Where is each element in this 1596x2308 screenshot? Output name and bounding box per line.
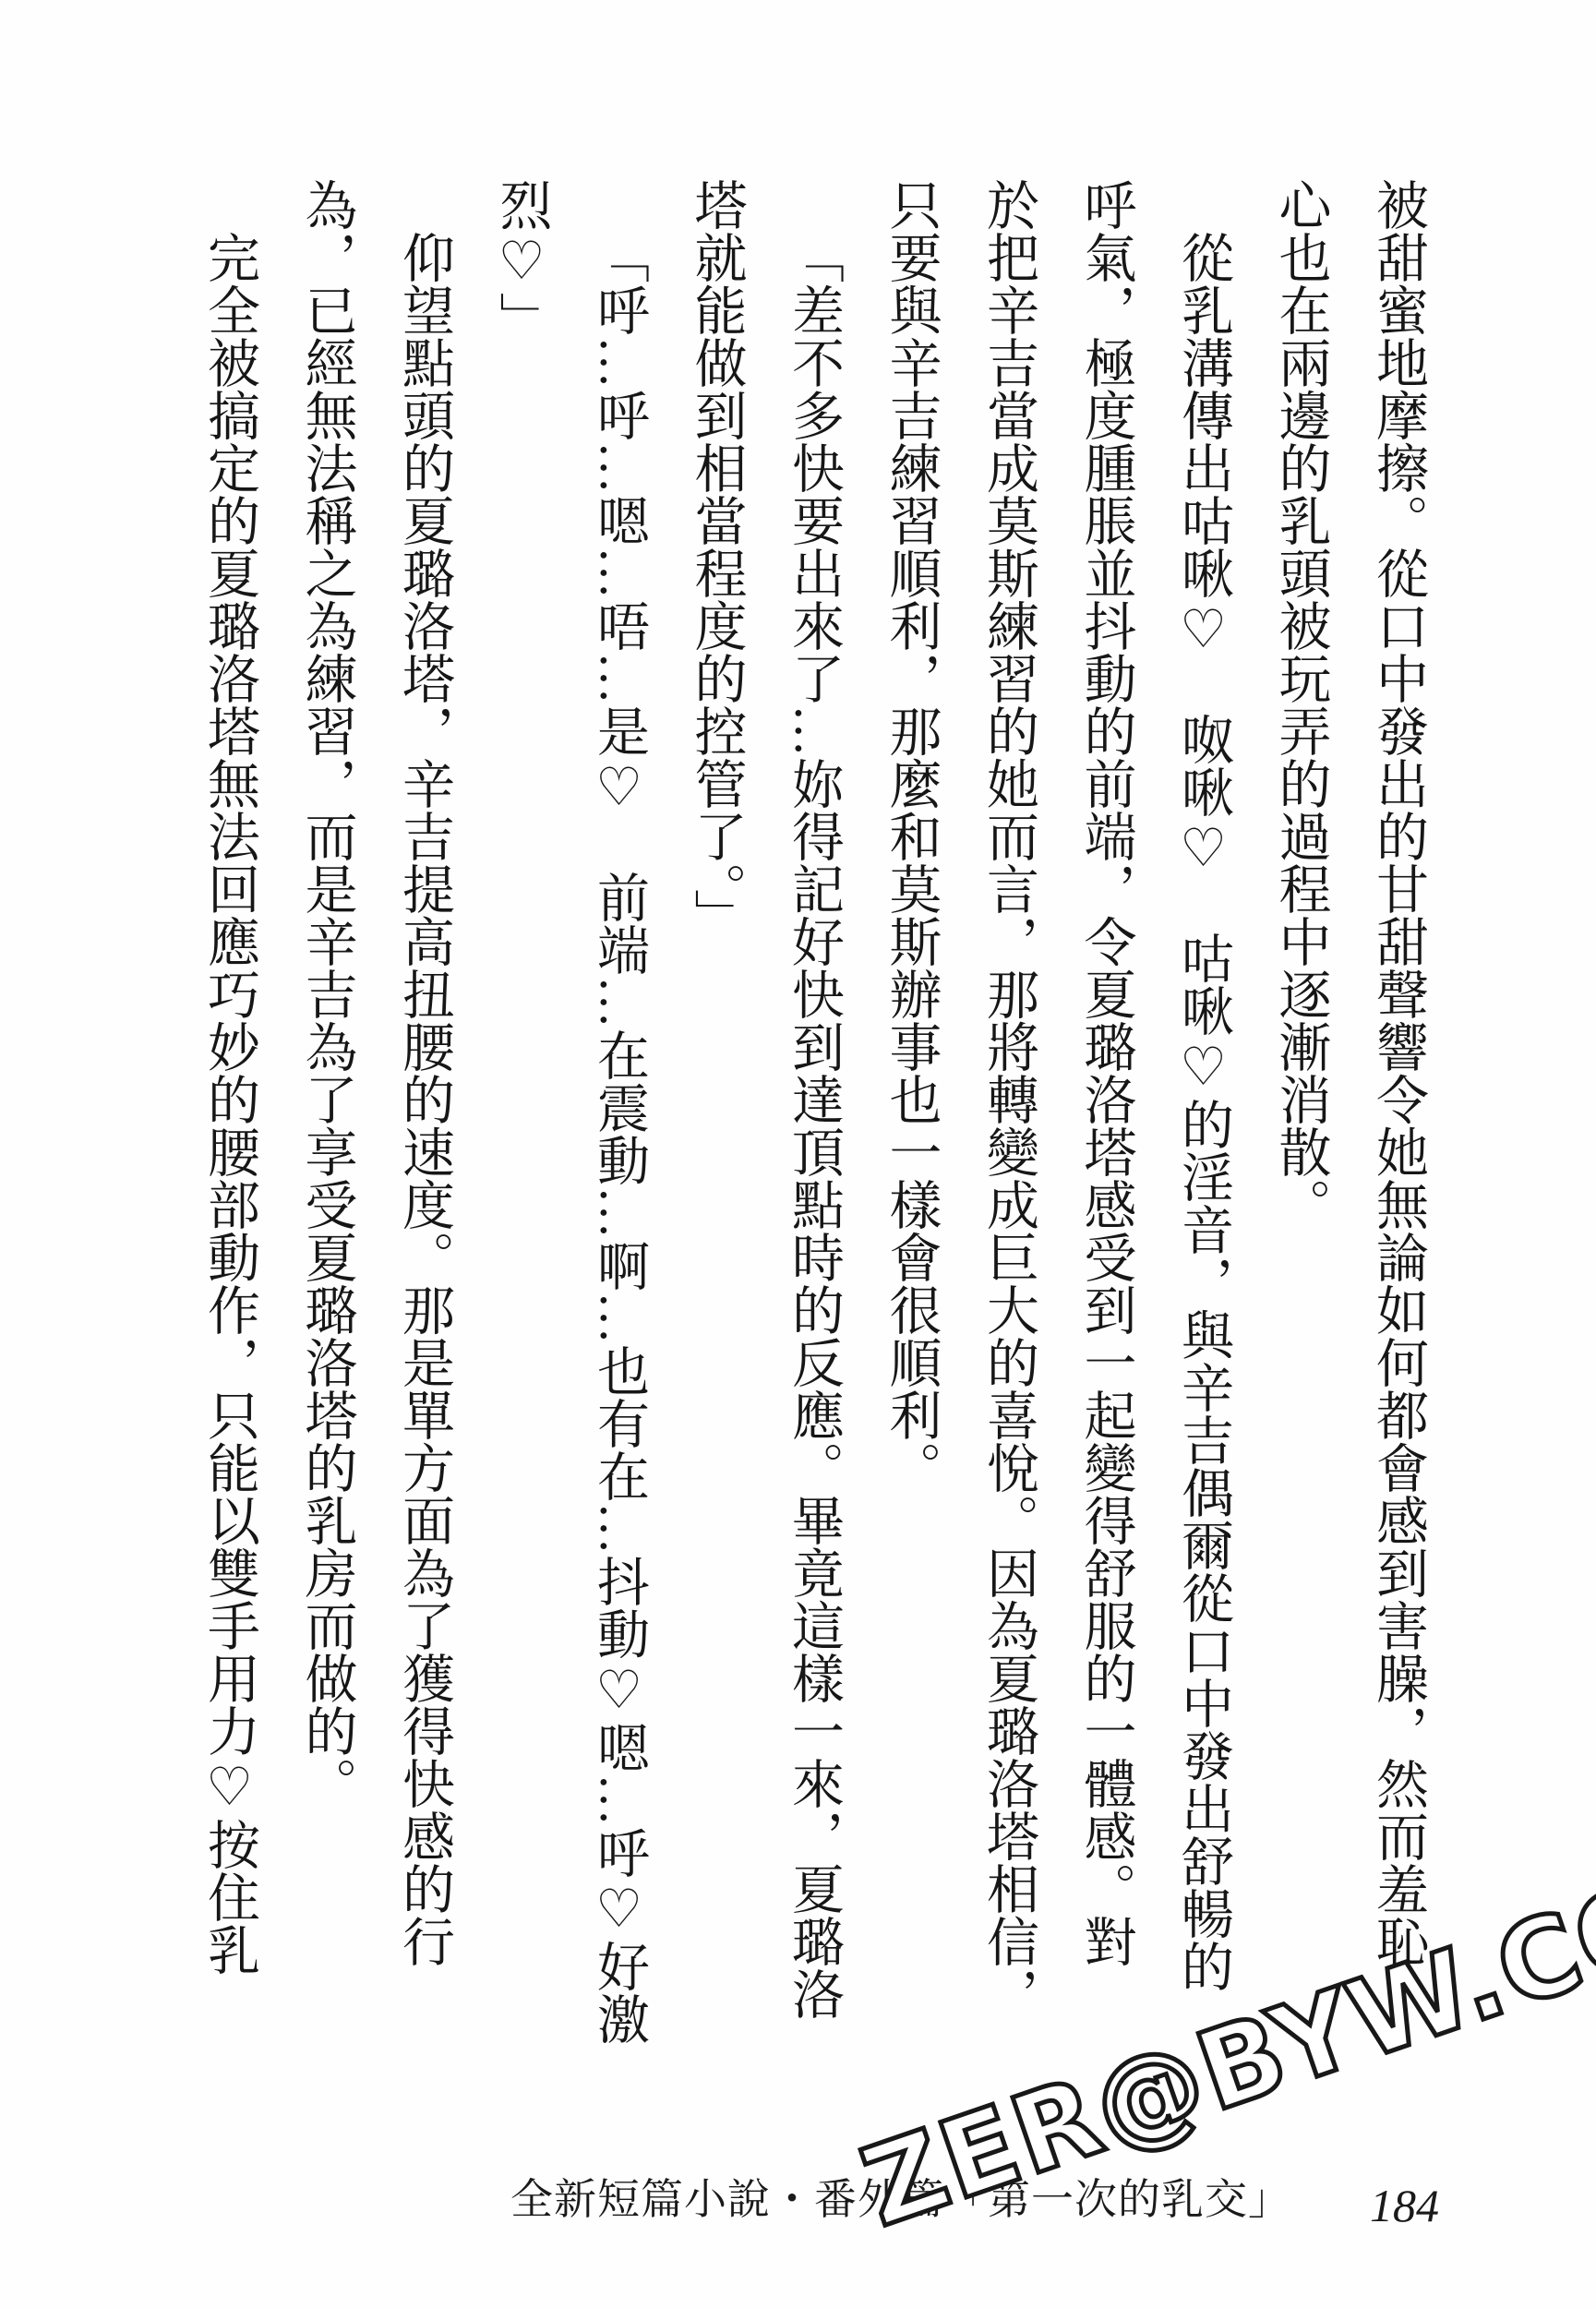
text-column-11: 仰望點頭的夏璐洛塔，辛吉提高扭腰的速度。那是單方面為了獲得快感的行 — [398, 231, 450, 1967]
novel-page: 被甜蜜地摩擦。從口中發出的甘甜聲響令她無論如何都會感到害臊，然而羞恥心也在兩邊的… — [0, 0, 1596, 2308]
text-column-2: 心也在兩邊的乳頭被玩弄的過程中逐漸消散。 — [1274, 178, 1326, 1231]
text-column-7: 「差不多快要出來了…妳得記好快到達頂點時的反應。畢竟這樣一來，夏璐洛 — [787, 231, 840, 2020]
text-column-13: 完全被搞定的夏璐洛塔無法回應巧妙的腰部動作，只能以雙手用力♡按住乳 — [203, 231, 256, 1976]
text-column-10: 烈♡」 — [495, 178, 547, 344]
text-column-6: 只要與辛吉練習順利，那麼和莫斯辦事也一樣會很順利。 — [884, 178, 937, 1494]
text-column-12: 為，已經無法稱之為練習，而是辛吉為了享受夏璐洛塔的乳房而做的。 — [300, 178, 353, 1809]
text-column-1: 被甜蜜地摩擦。從口中發出的甘甜聲響令她無論如何都會感到害臊，然而羞恥 — [1372, 178, 1424, 1967]
text-column-5: 於把辛吉當成莫斯練習的她而言，那將轉變成巨大的喜悅。因為夏璐洛塔相信， — [982, 178, 1035, 2020]
page-number: 184 — [1370, 2179, 1439, 2232]
text-column-9: 「呼…呼…嗯…唔…是♡ 前端…在震動…啊…也有在…抖動♡嗯…呼♡好激 — [593, 231, 645, 2045]
text-column-4: 呼氣，極度腫脹並抖動的前端，令夏璐洛塔感受到一起變得舒服的一體感。對 — [1079, 178, 1132, 1967]
text-column-3: 從乳溝傳出咕啾♡ 呶啾♡ 咕啾♡的淫音，與辛吉偶爾從口中發出舒暢的 — [1177, 231, 1230, 1992]
text-column-8: 塔就能做到相當程度的控管了。」 — [690, 178, 742, 942]
